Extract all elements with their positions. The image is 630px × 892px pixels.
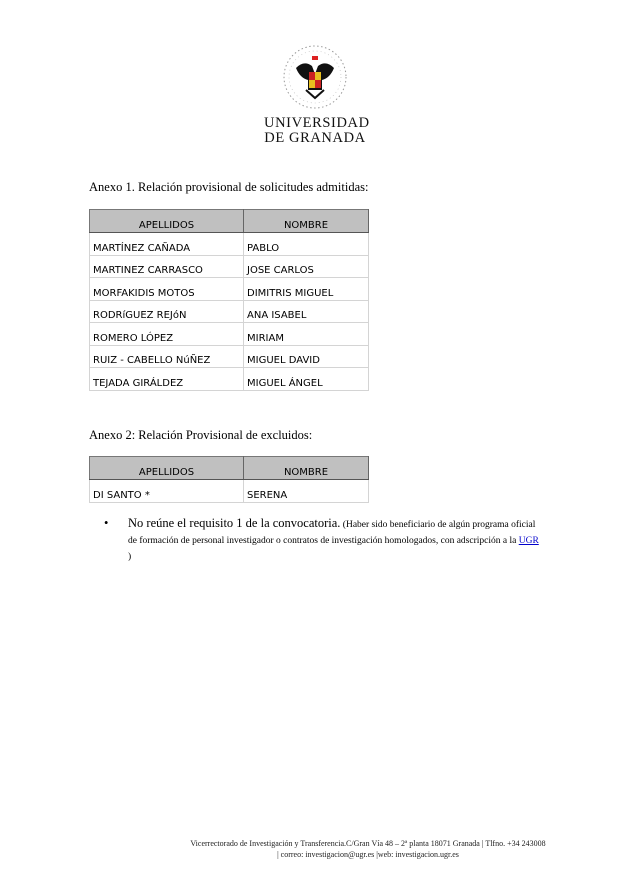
cell-apellidos: DI SANTO * xyxy=(90,480,244,503)
admitted-table: APELLIDOS NOMBRE MARTÍNEZ CAÑADAPABLOMAR… xyxy=(89,209,369,391)
ugr-link[interactable]: UGR xyxy=(519,536,539,546)
cell-nombre: DIMITRIS MIGUEL xyxy=(244,278,369,301)
annex1-title: Anexo 1. Relación provisional de solicit… xyxy=(89,180,368,195)
note-main: No reúne el requisito 1 de la convocator… xyxy=(128,516,340,530)
cell-apellidos: MARTINEZ CARRASCO xyxy=(90,255,244,278)
table-row: TEJADA GIRÁLDEZMIGUEL ÁNGEL xyxy=(90,368,369,391)
cell-nombre: JOSE CARLOS xyxy=(244,255,369,278)
logo-line-1: UNIVERSIDAD xyxy=(264,116,366,131)
cell-nombre: SERENA xyxy=(244,480,369,503)
page-footer: Vicerrectorado de Investigación y Transf… xyxy=(172,838,564,860)
footer-line-2: | correo: investigacion@ugr.es |web: inv… xyxy=(172,849,564,860)
column-header-nombre: NOMBRE xyxy=(244,457,369,480)
cell-apellidos: MORFAKIDIS MOTOS xyxy=(90,278,244,301)
cell-nombre: MIRIAM xyxy=(244,323,369,346)
exclusion-note: • No reúne el requisito 1 de la convocat… xyxy=(104,516,544,564)
logo-line-2: DE GRANADA xyxy=(264,131,366,146)
table-row: MORFAKIDIS MOTOSDIMITRIS MIGUEL xyxy=(90,278,369,301)
bullet-icon: • xyxy=(104,516,108,530)
footer-line-1: Vicerrectorado de Investigación y Transf… xyxy=(172,838,564,849)
note-detail-close: ) xyxy=(128,552,131,562)
cell-apellidos: ROMERO LÓPEZ xyxy=(90,323,244,346)
cell-apellidos: TEJADA GIRÁLDEZ xyxy=(90,368,244,391)
annex2-title: Anexo 2: Relación Provisional de excluid… xyxy=(89,428,312,443)
table-row: RUIZ - CABELLO NúÑEZMIGUEL DAVID xyxy=(90,345,369,368)
table-row: MARTÍNEZ CAÑADAPABLO xyxy=(90,233,369,256)
excluded-table: APELLIDOS NOMBRE DI SANTO *SERENA xyxy=(89,456,369,503)
cell-apellidos: RODRíGUEZ REJóN xyxy=(90,300,244,323)
column-header-apellidos: APELLIDOS xyxy=(90,457,244,480)
cell-nombre: MIGUEL DAVID xyxy=(244,345,369,368)
table-row: DI SANTO *SERENA xyxy=(90,480,369,503)
column-header-apellidos: APELLIDOS xyxy=(90,210,244,233)
cell-apellidos: RUIZ - CABELLO NúÑEZ xyxy=(90,345,244,368)
cell-nombre: MIGUEL ÁNGEL xyxy=(244,368,369,391)
table-row: ROMERO LÓPEZMIRIAM xyxy=(90,323,369,346)
cell-apellidos: MARTÍNEZ CAÑADA xyxy=(90,233,244,256)
university-logo: UNIVERSIDAD DE GRANADA xyxy=(264,44,366,146)
table-row: MARTINEZ CARRASCOJOSE CARLOS xyxy=(90,255,369,278)
table-row: RODRíGUEZ REJóNANA ISABEL xyxy=(90,300,369,323)
cell-nombre: ANA ISABEL xyxy=(244,300,369,323)
cell-nombre: PABLO xyxy=(244,233,369,256)
column-header-nombre: NOMBRE xyxy=(244,210,369,233)
university-crest-icon xyxy=(282,44,348,110)
